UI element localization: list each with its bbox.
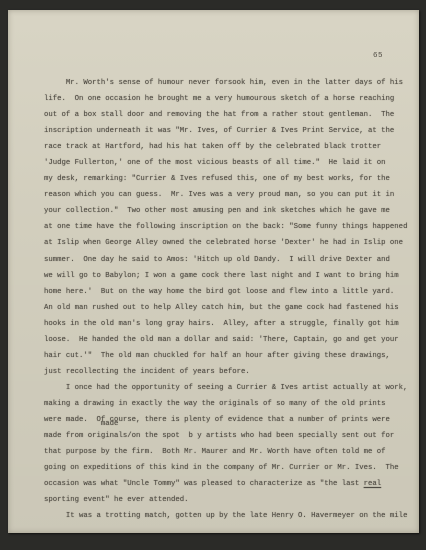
typed-line: just recollecting the incident of years … bbox=[44, 364, 416, 380]
typed-line: home here.' But on the way home the bird… bbox=[44, 284, 416, 300]
typed-line: made from originals/on the spot b y arti… bbox=[44, 428, 416, 444]
typed-line: hooks in the old man's long gray hairs. … bbox=[44, 316, 416, 332]
typed-line: your collection." Two other most amusing… bbox=[44, 203, 416, 219]
typed-line: at Islip when George Alley owned the cel… bbox=[44, 235, 416, 251]
typed-line: inscription underneath it was "Mr. Ives,… bbox=[44, 123, 416, 139]
paper-sheet: 65 Mr. Worth's sense of humour never for… bbox=[8, 10, 419, 533]
page-number: 65 bbox=[373, 52, 383, 60]
typed-line: loose. He handed the old man a dollar an… bbox=[44, 332, 416, 348]
typed-line: going on expeditions of this kind in the… bbox=[44, 460, 416, 476]
typed-line: race track at Hartford, had his hat take… bbox=[44, 139, 416, 155]
typed-line: life. On one occasion he brought me a ve… bbox=[44, 91, 416, 107]
typed-line: It was a trotting match, gotten up by th… bbox=[44, 508, 416, 524]
scan-background: 65 Mr. Worth's sense of humour never for… bbox=[0, 0, 426, 550]
typed-line: I once had the opportunity of seeing a C… bbox=[44, 380, 416, 396]
typed-line: reason which you can guess. Mr. Ives was… bbox=[44, 187, 416, 203]
typed-line: were made. Of course, there is plenty of… bbox=[44, 412, 416, 428]
typed-line: 'Judge Fullerton,' one of the most vicio… bbox=[44, 155, 416, 171]
typed-line: An old man rushed out to help Alley catc… bbox=[44, 300, 416, 316]
typed-line: making a drawing in exactly the way the … bbox=[44, 396, 416, 412]
underlined-word: real bbox=[364, 480, 382, 488]
typed-line: Mr. Worth's sense of humour never forsoo… bbox=[44, 75, 416, 91]
typed-line: that purpose by the firm. Both Mr. Maure… bbox=[44, 444, 416, 460]
inserted-word: made bbox=[101, 420, 119, 428]
typed-line: occasion was what "Uncle Tommy" was plea… bbox=[44, 476, 416, 492]
typed-line: summer. One day he said to Amos: 'Hitch … bbox=[44, 252, 416, 268]
typed-text-block: Mr. Worth's sense of humour never forsoo… bbox=[44, 75, 416, 524]
typed-line: my desk, remarking: "Currier & Ives refu… bbox=[44, 171, 416, 187]
typed-line: out of a box stall door and removing the… bbox=[44, 107, 416, 123]
typed-line: at one time have the following inscripti… bbox=[44, 219, 416, 235]
typed-line: hair cut.'" The old man chuckled for hal… bbox=[44, 348, 416, 364]
typed-line: we will go to Babylon; I won a game cock… bbox=[44, 268, 416, 284]
typed-line: sporting event" he ever attended. bbox=[44, 492, 416, 508]
